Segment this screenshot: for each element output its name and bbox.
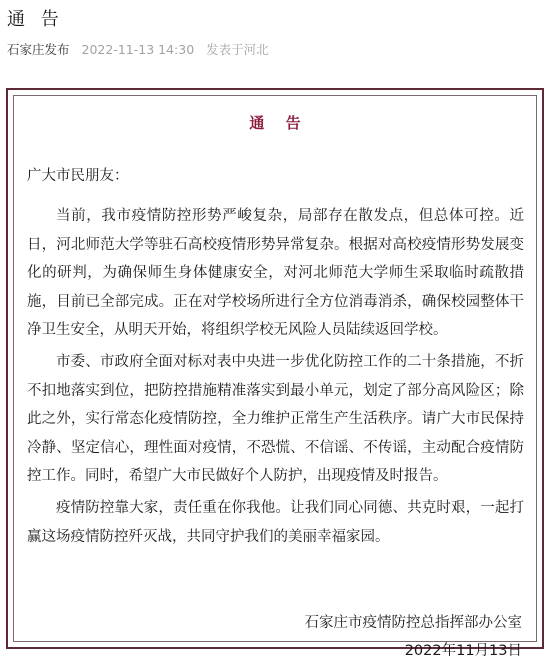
notice-heading: 通 告 [14, 112, 536, 133]
notice-paragraph-2: 市委、市政府全面对标对表中央进一步优化防控工作的二十条措施，不折不扣地落实到位，… [27, 348, 524, 491]
notice-inner-frame: 通 告 广大市民朋友： 当前，我市疫情防控形势严峻复杂，局部存在散发点，但总体可… [13, 95, 537, 642]
notice-signature: 石家庄市疫情防控总指挥部办公室 2022年11月13日 [305, 609, 523, 657]
signature-organization: 石家庄市疫情防控总指挥部办公室 [305, 609, 523, 637]
signature-date: 2022年11月13日 [305, 637, 523, 657]
notice-salutation: 广大市民朋友： [27, 164, 129, 185]
publish-timestamp: 2022-11-13 14:30 [82, 42, 195, 57]
author-link[interactable]: 石家庄发布 [7, 42, 70, 57]
article-title: 通 告 [7, 5, 64, 31]
notice-image-frame: 通 告 广大市民朋友： 当前，我市疫情防控形势严峻复杂，局部存在散发点，但总体可… [6, 88, 544, 649]
publish-location: 发表于河北 [206, 42, 269, 57]
notice-paragraph-1: 当前，我市疫情防控形势严峻复杂，局部存在散发点，但总体可控。近日，河北师范大学等… [27, 202, 524, 345]
notice-paragraph-3: 疫情防控靠大家，责任重在你我他。让我们同心同德、共克时艰，一起打赢这场疫情防控歼… [27, 494, 524, 551]
article-meta: 石家庄发布 2022-11-13 14:30 发表于河北 [7, 40, 269, 58]
